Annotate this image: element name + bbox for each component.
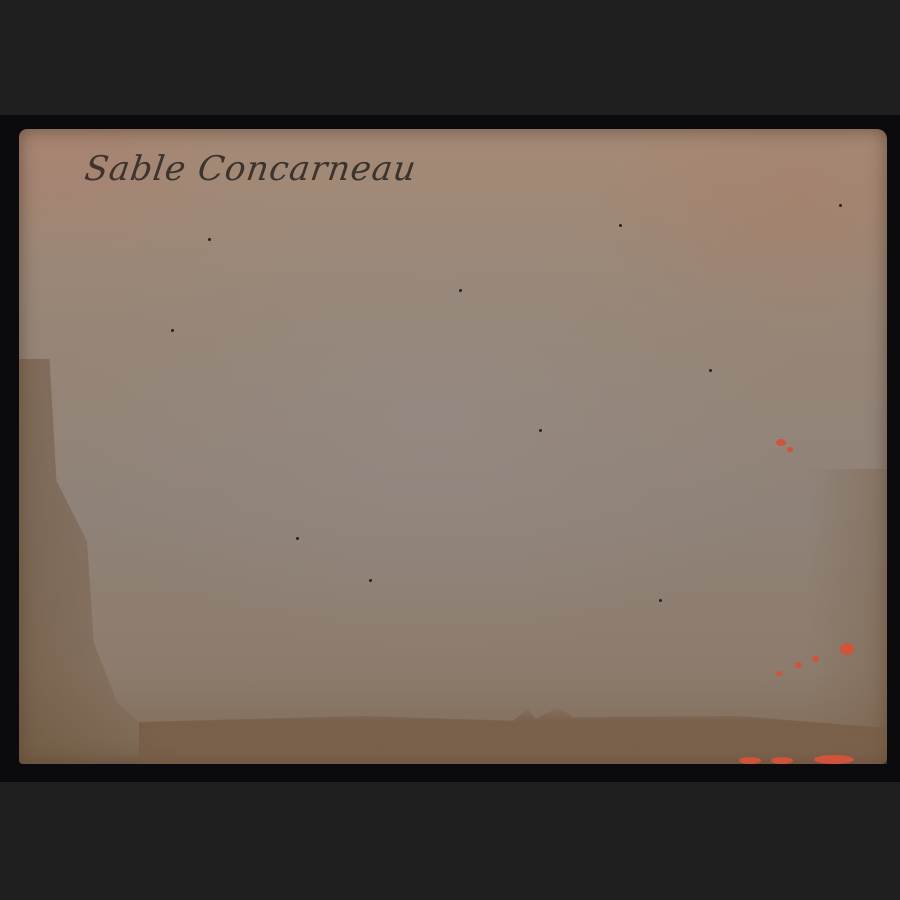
speck: [296, 537, 299, 540]
speck: [539, 429, 542, 432]
speck: [709, 369, 712, 372]
red-paint-spot: [771, 757, 793, 764]
speck: [171, 329, 174, 332]
red-paint-spot: [812, 656, 819, 662]
red-paint-spot: [787, 447, 793, 452]
speck: [459, 289, 462, 292]
red-paint-spot: [814, 755, 854, 764]
speck: [839, 204, 842, 207]
red-paint-spot: [795, 662, 802, 668]
speck: [659, 599, 662, 602]
red-paint-spot: [776, 671, 782, 676]
handwritten-inscription: Sable Concarneau: [82, 149, 419, 189]
cardboard-panel: Sable Concarneau: [19, 129, 887, 764]
water-stain-left: [19, 359, 189, 764]
speck: [369, 579, 372, 582]
red-paint-spot: [840, 643, 854, 655]
red-paint-spot: [739, 757, 761, 764]
water-stain-right: [807, 469, 887, 749]
speck: [619, 224, 622, 227]
red-paint-spot: [776, 439, 786, 446]
speck: [208, 238, 211, 241]
water-stain-bottom: [139, 704, 887, 764]
